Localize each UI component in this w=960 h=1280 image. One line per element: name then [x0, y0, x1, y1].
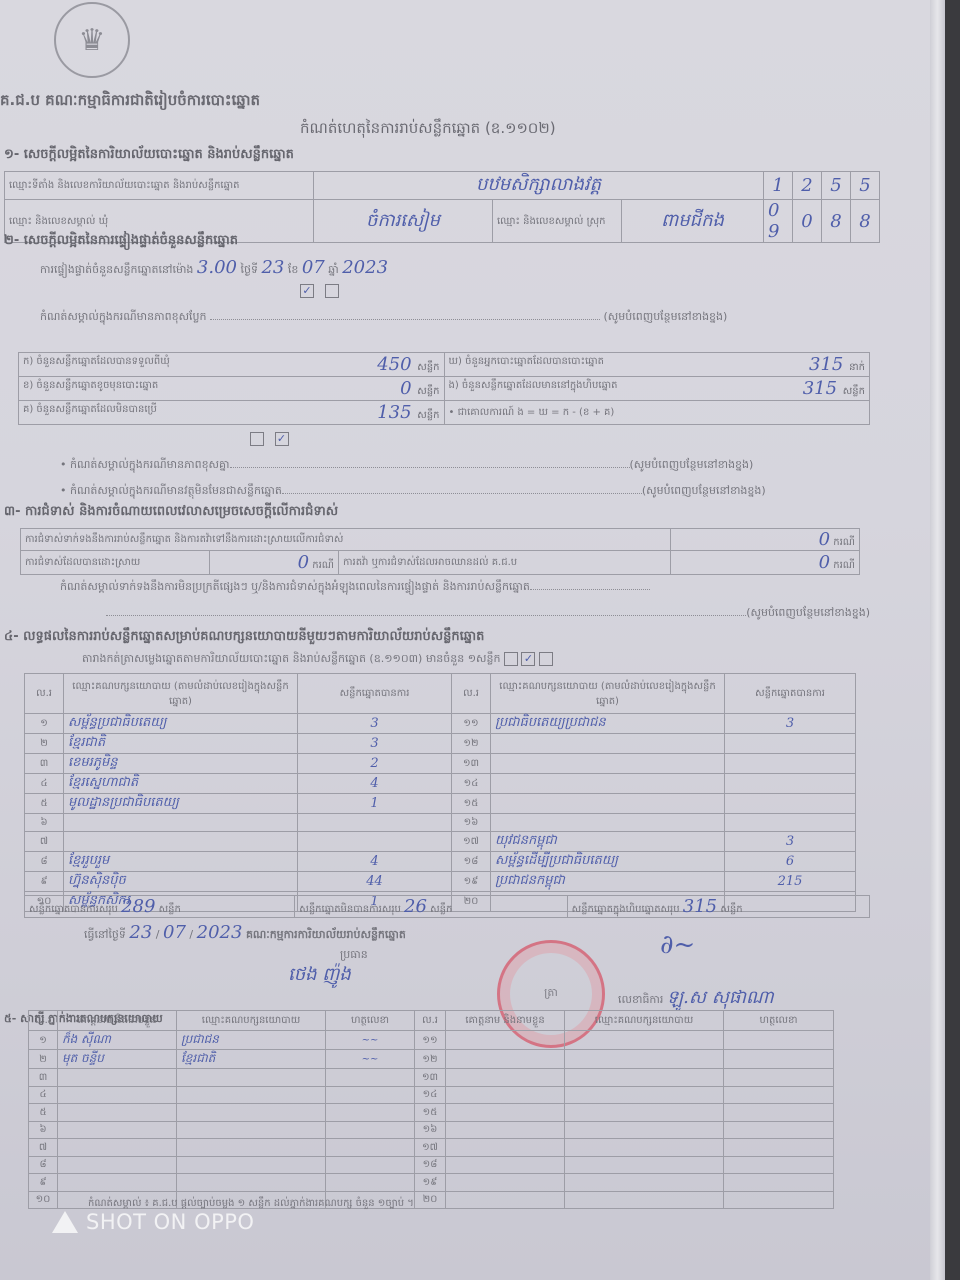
cell-party: [565, 1069, 724, 1087]
cell-party: ខ្មែររួបរួម: [64, 851, 298, 871]
cell-votes: 3: [298, 714, 452, 734]
cell-signature: [326, 1174, 415, 1192]
cell-no: ១៦: [452, 814, 491, 832]
cell-votes: 3: [298, 734, 452, 754]
cell-party: [565, 1139, 724, 1157]
cell-party: ខេមរភូមិន្ទ: [64, 754, 298, 774]
note-label: កំណត់សម្គាល់ក្នុងករណីមានភាពខុសប្លែក: [40, 310, 207, 323]
cell-party: [565, 1050, 724, 1069]
location-label: ឈ្មោះទីតាំង និងលេខការិយាល័យបោះឆ្នោត និងរ…: [5, 172, 314, 200]
cell-no: ១៩: [452, 871, 491, 891]
cell-name: [446, 1174, 565, 1192]
cell-party: [565, 1121, 724, 1139]
table-row: ៦១៦: [25, 814, 856, 832]
cell-party: [565, 1156, 724, 1174]
cell-party: [177, 1156, 326, 1174]
cell-signature: [724, 1174, 834, 1192]
table-row: ៩១៩: [29, 1174, 834, 1192]
cell-signature: [326, 1086, 415, 1104]
watermark-text: SHOT ON OPPO: [86, 1210, 254, 1234]
three-sheets-checkbox[interactable]: [539, 652, 553, 666]
cell-signature: [724, 1191, 834, 1209]
form-title: កំណត់ហេតុនៃការរាប់សន្លឹកឆ្នោត (ឧ.១១០២): [300, 119, 556, 141]
col-no: ល.រ: [25, 674, 64, 714]
cell-name: [446, 1121, 565, 1139]
cell-party: [177, 1069, 326, 1087]
verify-time: 3.00: [197, 257, 237, 278]
cell-name: [58, 1156, 177, 1174]
col-party: ឈ្មោះគណបក្សនយោបាយ (តាមលំដាប់លេខរៀងក្នុងស…: [491, 674, 725, 714]
seal-check-line: ✓: [300, 284, 339, 298]
table-row: ៤ខ្មែរស្នេហាជាតិ4១៤: [25, 774, 856, 794]
resolved-label: ការជំទាស់ដែលបានដោះស្រាយ: [21, 551, 210, 575]
cell-no: ២: [29, 1050, 58, 1069]
cell-votes: [725, 754, 856, 774]
cell-votes: 6: [725, 851, 856, 871]
total-valid-value: 289: [121, 896, 155, 917]
cell-no: ១៨: [415, 1156, 446, 1174]
cell-no: ៦: [25, 814, 64, 832]
location-digit: 5: [822, 172, 851, 200]
cell-no: ២០: [415, 1191, 446, 1209]
cell-votes: [725, 794, 856, 814]
table-row: ៣ខេមរភូមិន្ទ2១៣: [25, 754, 856, 774]
cell-no: ៤: [29, 1086, 58, 1104]
unit: សន្លឹក: [720, 904, 742, 915]
cell-party: [177, 1086, 326, 1104]
oppo-logo-icon: [52, 1211, 78, 1233]
voters-value: 315 នាក់: [809, 354, 865, 375]
cell-signature: [724, 1104, 834, 1122]
table-row: ៨១៨: [29, 1156, 834, 1174]
year-label: ឆ្នាំ: [328, 263, 338, 276]
cell-votes: [725, 734, 856, 754]
footnote: កំណត់សម្គាល់ ៖ គ.ជ.ប ផ្តល់ច្បាប់ចម្លង ១ …: [88, 1196, 414, 1211]
location-digit: 5: [851, 172, 880, 200]
cell-party: [491, 794, 725, 814]
cell-party: [491, 754, 725, 774]
month-label: ខែ: [288, 263, 298, 276]
chair-name: ថេង ញ៉ូង: [288, 962, 351, 989]
col-name: គោត្តនាម និងនាមខ្លួន: [58, 1011, 177, 1031]
signature-mark: ∂~: [660, 930, 695, 960]
cell-name: មុត ចន្ទីប: [58, 1050, 177, 1069]
match-check-line: ✓: [250, 432, 289, 446]
received-value: 450 សន្លឹក: [377, 354, 439, 375]
cell-name: [446, 1050, 565, 1069]
cell-votes: [298, 814, 452, 832]
cell-party: [177, 1104, 326, 1122]
cell-votes: 2: [298, 754, 452, 774]
verify-time-prefix: ការផ្ទៀងផ្ទាត់ចំនួនសន្លឹកឆ្នោតនៅម៉ោង: [40, 263, 193, 276]
col-no: ល.រ: [452, 674, 491, 714]
cell-no: ១: [25, 714, 64, 734]
commune-code: 0 9: [764, 200, 793, 243]
witness-table: ល.រ គោត្តនាម និងនាមខ្លួន ឈ្មោះគណបក្សនយោប…: [28, 1010, 834, 1209]
cell-no: ៨: [29, 1156, 58, 1174]
bullet1-line: • កំណត់សម្គាល់ក្នុងករណីមានភាពខុសគ្នា(សូម…: [60, 458, 860, 474]
objection-label: ការជំទាស់ទាក់ទងនឹងការរាប់សន្លឹកឆ្នោត និង…: [21, 529, 671, 551]
cell-signature: [326, 1069, 415, 1087]
unit: សន្លឹក: [159, 904, 181, 915]
cell-no: ៧: [25, 831, 64, 851]
district-digit: 0: [793, 200, 822, 243]
cell-party: ហ្វ៊ុនស៊ិនប៉ិច: [64, 871, 298, 891]
spoiled-label: ខ) ចំនួនសន្លឹកឆ្នោតខូចមុនបោះឆ្នោត: [23, 380, 158, 391]
cell-no: ៥: [29, 1104, 58, 1122]
total-box-value: 315: [683, 896, 717, 917]
verify-time-line: ការផ្ទៀងផ្ទាត់ចំនួនសន្លឹកឆ្នោតនៅម៉ោង 3.0…: [40, 257, 388, 279]
made-day: 23: [129, 922, 152, 943]
district-label: ឈ្មោះ និងលេខសម្គាល់ ស្រុក: [493, 200, 622, 243]
note-hint: (សូមបំពេញបន្ថែមនៅខាងខ្នង): [604, 310, 728, 323]
cell-party: ប្រជាធិបតេយ្យប្រជាជន: [491, 714, 725, 734]
cell-party: [64, 814, 298, 832]
bullet2-label: • កំណត់សម្គាល់ក្នុងករណីមានវត្ថុមិនមែនជាស…: [60, 484, 282, 497]
section3-note-text: កំណត់សម្គាល់ទាក់ទងនឹងការមិនប្រក្រតីផ្សេង…: [60, 580, 530, 593]
cell-name: [446, 1139, 565, 1157]
cell-no: ១៩: [415, 1174, 446, 1192]
location-digit: 2: [793, 172, 822, 200]
cell-party: [565, 1104, 724, 1122]
table-row: ៤១៤: [29, 1086, 834, 1104]
col-votes: សន្លឹកឆ្នោតបានការ: [298, 674, 452, 714]
sheets-line: តារាងកត់ត្រាសម្លេងឆ្នោតតាមការិយាល័យបោះឆ្…: [82, 652, 553, 668]
committee-label: គណៈកម្មការការិយាល័យរាប់សន្លឹកឆ្នោត: [246, 928, 406, 941]
cell-signature: [724, 1086, 834, 1104]
col-no: ល.រ: [29, 1011, 58, 1031]
cell-signature: [724, 1121, 834, 1139]
cell-name: [446, 1104, 565, 1122]
col-name: គោត្តនាម និងនាមខ្លួន: [446, 1011, 565, 1031]
cell-votes: 4: [298, 774, 452, 794]
cell-no: ៤: [25, 774, 64, 794]
form-paper: ♛ គ.ជ.ប គណៈកម្មាធិការជាតិរៀបចំការបោះឆ្នោ…: [0, 0, 945, 1280]
col-party: ឈ្មោះគណបក្សនយោបាយ (តាមលំដាប់លេខរៀងក្នុងស…: [64, 674, 298, 714]
col-signature: ហត្ថលេខា: [326, 1011, 415, 1031]
cell-party: ប្រជាជន: [177, 1031, 326, 1050]
bullet1-label: • កំណត់សម្គាល់ក្នុងករណីមានភាពខុសគ្នា: [60, 458, 230, 471]
cell-votes: [298, 831, 452, 851]
seal-broken-checkbox[interactable]: [325, 284, 339, 298]
cell-no: ១៦: [415, 1121, 446, 1139]
cell-party: មូលដ្ឋានប្រជាធិបតេយ្យ: [64, 794, 298, 814]
total-box-label: សន្លឹកឆ្នោតក្នុងហិបឆ្នោតសរុប: [572, 904, 680, 915]
verify-year: 2023: [342, 257, 388, 278]
total-invalid-value: 26: [404, 896, 427, 917]
table-row: ២ខ្មែរជាតិ3១២: [25, 734, 856, 754]
verify-day: 23: [261, 257, 284, 278]
cell-party: ខ្មែរស្នេហាជាតិ: [64, 774, 298, 794]
cell-no: ៦: [29, 1121, 58, 1139]
cell-name: [446, 1086, 565, 1104]
cell-no: ១៤: [415, 1086, 446, 1104]
cell-no: ១៨: [452, 851, 491, 871]
unused-value: 135 សន្លឹក: [377, 402, 439, 423]
made-at-line: ធ្វើនៅថ្ងៃទី 23 / 07 / 2023 គណៈកម្មការកា…: [84, 922, 406, 944]
cell-signature: [724, 1031, 834, 1050]
total-valid-label: សន្លឹកឆ្នោតបានការសរុប: [29, 904, 118, 915]
cell-no: ៣: [25, 754, 64, 774]
seal-label: ត្រា: [544, 986, 558, 1002]
secretary-name: ឡូ.ស សុផាណា: [667, 987, 774, 1008]
in-box-value: 315 សន្លឹក: [803, 378, 865, 399]
sheets-text: តារាងកត់ត្រាសម្លេងឆ្នោតតាមការិយាល័យបោះឆ្…: [82, 652, 500, 665]
section3-hint-line: (សូមបំពេញបន្ថែមនៅខាងខ្នង): [20, 606, 870, 622]
received-label: ក) ចំនួនសន្លឹកឆ្នោតដែលបានទទួលពីឃុំ: [23, 356, 170, 367]
unit: សន្លឹក: [430, 904, 452, 915]
verify-month: 07: [302, 257, 325, 278]
table-row: ៧១៧យុវជនកម្ពុជា3: [25, 831, 856, 851]
commune-value: ចំការសៀម: [314, 200, 493, 243]
votes-table: ល.រ ឈ្មោះគណបក្សនយោបាយ (តាមលំដាប់លេខរៀងក្…: [24, 673, 856, 912]
secretary-line: លេខាធិការ ឡូ.ស សុផាណា: [618, 985, 774, 1012]
match-no-checkbox[interactable]: [250, 432, 264, 446]
section3-hint: (សូមបំពេញបន្ថែមនៅខាងខ្នង): [746, 606, 870, 619]
cell-name: [446, 1069, 565, 1087]
unit: ករណី: [833, 560, 855, 571]
district-digit: 8: [851, 200, 880, 243]
col-party: ឈ្មោះគណបក្សនយោបាយ: [177, 1011, 326, 1031]
table-row: ៣១៣: [29, 1069, 834, 1087]
cell-name: [446, 1191, 565, 1209]
cell-no: ១: [29, 1031, 58, 1050]
cell-no: ១០: [29, 1191, 58, 1209]
cell-no: ១២: [415, 1050, 446, 1069]
location-digit: 1: [764, 172, 793, 200]
cell-votes: 44: [298, 871, 452, 891]
cell-no: ១៣: [415, 1069, 446, 1087]
cell-signature: [326, 1104, 415, 1122]
paper-fold: [930, 0, 945, 1280]
cell-party: យុវជនកម្ពុជា: [491, 831, 725, 851]
cell-signature: [724, 1139, 834, 1157]
cell-votes: 215: [725, 871, 856, 891]
org-name: គ.ជ.ប គណៈកម្មាធិការជាតិរៀបចំការបោះឆ្នោត: [0, 91, 260, 113]
cell-party: [565, 1191, 724, 1209]
cell-signature: [724, 1069, 834, 1087]
cell-no: ១៥: [415, 1104, 446, 1122]
cell-votes: [725, 814, 856, 832]
cell-signature: [326, 1156, 415, 1174]
note-line: កំណត់សម្គាល់ក្នុងករណីមានភាពខុសប្លែក (សូម…: [40, 310, 870, 326]
cell-no: ១៧: [452, 831, 491, 851]
cell-party: [177, 1121, 326, 1139]
table-row: ២មុត ចន្ទីបខ្មែរជាតិ~~១២: [29, 1050, 834, 1069]
col-no: ល.រ: [415, 1011, 446, 1031]
cell-no: ៣: [29, 1069, 58, 1087]
cell-party: ខ្មែរជាតិ: [64, 734, 298, 754]
cell-party: សម្ព័ន្ធដើម្បីប្រជាធិបតេយ្យ: [491, 851, 725, 871]
section2-title: ២- សេចក្តីលម្អិតនៃការផ្ទៀងផ្ទាត់ចំនួនសន្…: [4, 232, 238, 251]
cell-name: ក៏ង ស៊ីណា: [58, 1031, 177, 1050]
table-row: ១ក៏ង ស៊ីណាប្រជាជន~~១១: [29, 1031, 834, 1050]
cell-name: [58, 1174, 177, 1192]
cell-party: [64, 831, 298, 851]
col-signature: ហត្ថលេខា: [724, 1011, 834, 1031]
cell-party: [491, 734, 725, 754]
one-sheet-checkbox[interactable]: [504, 652, 518, 666]
cell-party: [491, 814, 725, 832]
bullet1-hint: (សូមបំពេញបន្ថែមនៅខាងខ្នង): [630, 458, 754, 471]
cell-name: [58, 1139, 177, 1157]
cell-signature: [326, 1139, 415, 1157]
section1-title: ១- សេចក្តីលម្អិតនៃការិយាល័យបោះឆ្នោត និងរ…: [4, 146, 294, 165]
table-row: ៨ខ្មែររួបរួម4១៨សម្ព័ន្ធដើម្បីប្រជាធិបតេយ…: [25, 851, 856, 871]
cell-no: ១២: [452, 734, 491, 754]
cell-party: [565, 1086, 724, 1104]
cell-party: សម្ព័ន្ធប្រជាធិបតេយ្យ: [64, 714, 298, 734]
cell-signature: [326, 1121, 415, 1139]
cell-party: [177, 1139, 326, 1157]
table-row: ៦១៦: [29, 1121, 834, 1139]
objection-value: 0: [819, 529, 830, 550]
cell-no: ២: [25, 734, 64, 754]
emblem-icon: ♛: [54, 2, 130, 78]
camera-watermark: SHOT ON OPPO: [52, 1210, 254, 1234]
made-year: 2023: [197, 922, 243, 943]
cell-votes: 3: [725, 831, 856, 851]
cell-signature: ~~: [326, 1031, 415, 1050]
cell-no: ៥: [25, 794, 64, 814]
unit: ករណី: [833, 537, 855, 548]
appeal-label: ការតវ៉ា ឬការជំទាស់ដែលអាចឈានដល់ គ.ជ.ប: [339, 551, 671, 575]
objection-table: ការជំទាស់ទាក់ទងនឹងការរាប់សន្លឹកឆ្នោត និង…: [20, 528, 860, 575]
district-value: ពាមជីកង: [622, 200, 764, 243]
cell-no: ១៥: [452, 794, 491, 814]
cell-votes: 4: [298, 851, 452, 871]
col-votes: សន្លឹកឆ្នោតបានការ: [725, 674, 856, 714]
formula-note: • ជាគោលការណ៍ ង = ឃ = ក - (ខ + គ): [444, 401, 870, 425]
seal-intact-checkbox[interactable]: ✓: [300, 284, 314, 298]
cell-no: ៩: [25, 871, 64, 891]
bullet2-line: • កំណត់សម្គាល់ក្នុងករណីមានវត្ថុមិនមែនជាស…: [60, 484, 860, 500]
cell-party: [491, 774, 725, 794]
col-party: ឈ្មោះគណបក្សនយោបាយ: [565, 1011, 724, 1031]
table-row: ៥១៥: [29, 1104, 834, 1122]
ballot-count-table: ក) ចំនួនសន្លឹកឆ្នោតដែលបានទទួលពីឃុំ450 សន…: [18, 352, 870, 425]
spoiled-value: 0 សន្លឹក: [400, 378, 439, 399]
secretary-label: លេខាធិការ: [618, 993, 663, 1006]
section3-note: កំណត់សម្គាល់ទាក់ទងនឹងការមិនប្រក្រតីផ្សេង…: [60, 580, 860, 596]
cell-name: [58, 1121, 177, 1139]
cell-name: [58, 1086, 177, 1104]
cell-name: [446, 1031, 565, 1050]
cell-no: ៩: [29, 1174, 58, 1192]
cell-no: ១១: [452, 714, 491, 734]
cell-party: [565, 1174, 724, 1192]
made-at-label: ធ្វើនៅថ្ងៃទី: [84, 928, 126, 941]
day-label: ថ្ងៃទី: [240, 263, 257, 276]
cell-name: [58, 1104, 177, 1122]
cell-no: ៨: [25, 851, 64, 871]
table-row: ១សម្ព័ន្ធប្រជាធិបតេយ្យ3១១ប្រជាធិបតេយ្យប្…: [25, 714, 856, 734]
total-invalid-label: សន្លឹកឆ្នោតមិនបានការសរុប: [299, 904, 401, 915]
table-row: ៧១៧: [29, 1139, 834, 1157]
made-month: 07: [163, 922, 186, 943]
cell-votes: 3: [725, 714, 856, 734]
cell-party: ខ្មែរជាតិ: [177, 1050, 326, 1069]
table-row: ៩ហ្វ៊ុនស៊ិនប៉ិច44១៩ប្រជាជនកម្ពុជា215: [25, 871, 856, 891]
cell-votes: [725, 774, 856, 794]
cell-signature: ~~: [326, 1050, 415, 1069]
cell-no: ១៧: [415, 1139, 446, 1157]
cell-party: ប្រជាជនកម្ពុជា: [491, 871, 725, 891]
cell-no: ៧: [29, 1139, 58, 1157]
bullet2-hint: (សូមបំពេញបន្ថែមនៅខាងខ្នង): [642, 484, 766, 497]
cell-party: [177, 1174, 326, 1192]
cell-no: ១៣: [452, 754, 491, 774]
cell-no: ១៤: [452, 774, 491, 794]
resolved-value: 0: [298, 552, 309, 573]
cell-party: [565, 1031, 724, 1050]
cell-no: ១១: [415, 1031, 446, 1050]
table-row: ៥មូលដ្ឋានប្រជាធិបតេយ្យ1១៥: [25, 794, 856, 814]
totals-table: សន្លឹកឆ្នោតបានការសរុប 289 សន្លឹក សន្លឹកឆ…: [24, 895, 870, 918]
cell-signature: [724, 1156, 834, 1174]
cell-name: [446, 1156, 565, 1174]
match-yes-checkbox[interactable]: ✓: [275, 432, 289, 446]
location-value: បឋមសិក្សាលាងវត្ត: [314, 172, 764, 200]
unit: ករណី: [312, 560, 334, 571]
section3-title: ៣- ការជំទាស់ និងការចំណាយពេលវេលាសម្រេចសេច…: [4, 503, 338, 522]
appeal-value: 0: [819, 552, 830, 573]
in-box-label: ង) ចំនួនសន្លឹកឆ្នោតដែលមាននៅក្នុងហិបឆ្នោត: [449, 380, 618, 391]
cell-votes: 1: [298, 794, 452, 814]
two-sheets-checkbox[interactable]: ✓: [521, 652, 535, 666]
section4-title: ៤- លទ្ធផលនៃការរាប់សន្លឹកឆ្នោតសម្រាប់គណបក…: [4, 628, 484, 647]
unused-label: គ) ចំនួនសន្លឹកឆ្នោតដែលមិនបានប្រើ: [23, 404, 157, 415]
cell-name: [58, 1069, 177, 1087]
voters-label: ឃ) ចំនួនអ្នកបោះឆ្នោតដែលបានបោះឆ្នោត: [449, 356, 605, 367]
cell-signature: [724, 1050, 834, 1069]
district-digit: 8: [822, 200, 851, 243]
